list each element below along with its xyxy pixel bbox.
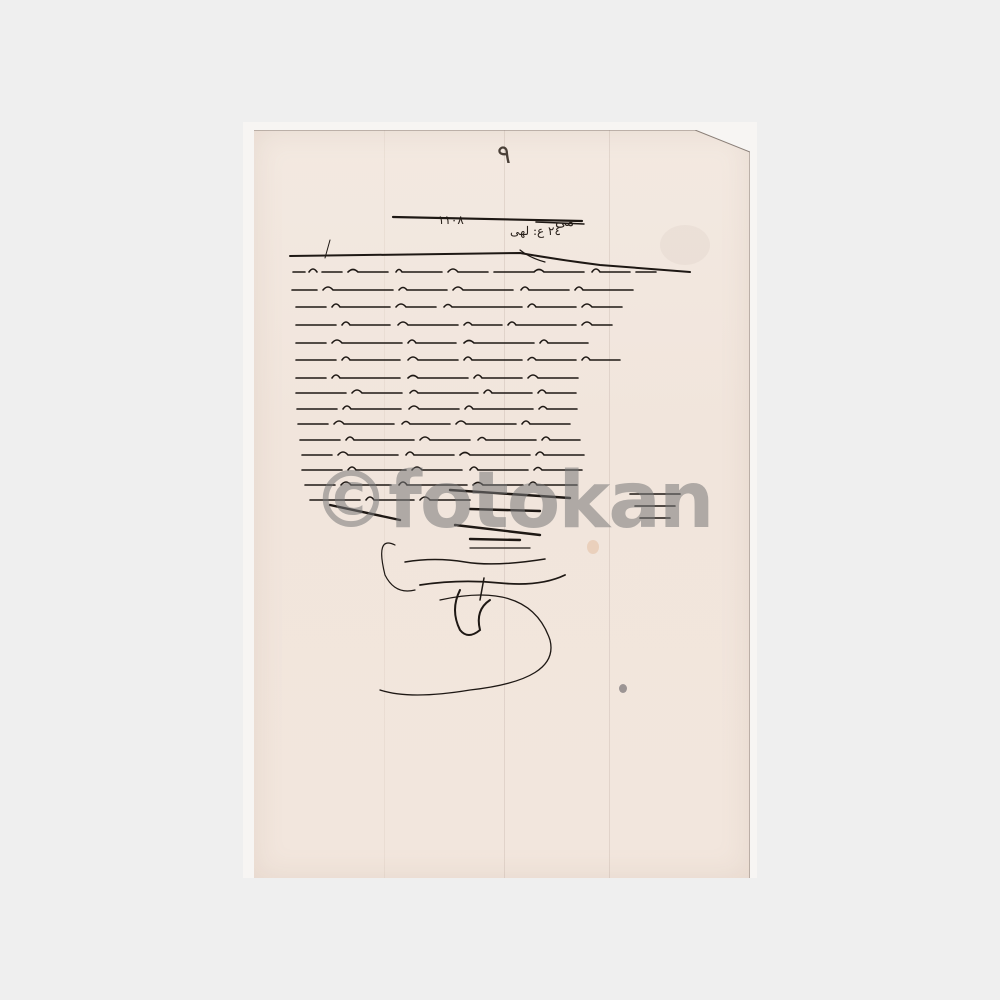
stain [660,225,710,265]
page-number: ٩ [497,140,511,170]
stain [619,684,627,693]
header-year: ١١٠٨ [438,213,464,227]
watermark: ©fotokan [312,462,712,540]
header-date: ٢٤ ع: لهى [510,224,561,238]
